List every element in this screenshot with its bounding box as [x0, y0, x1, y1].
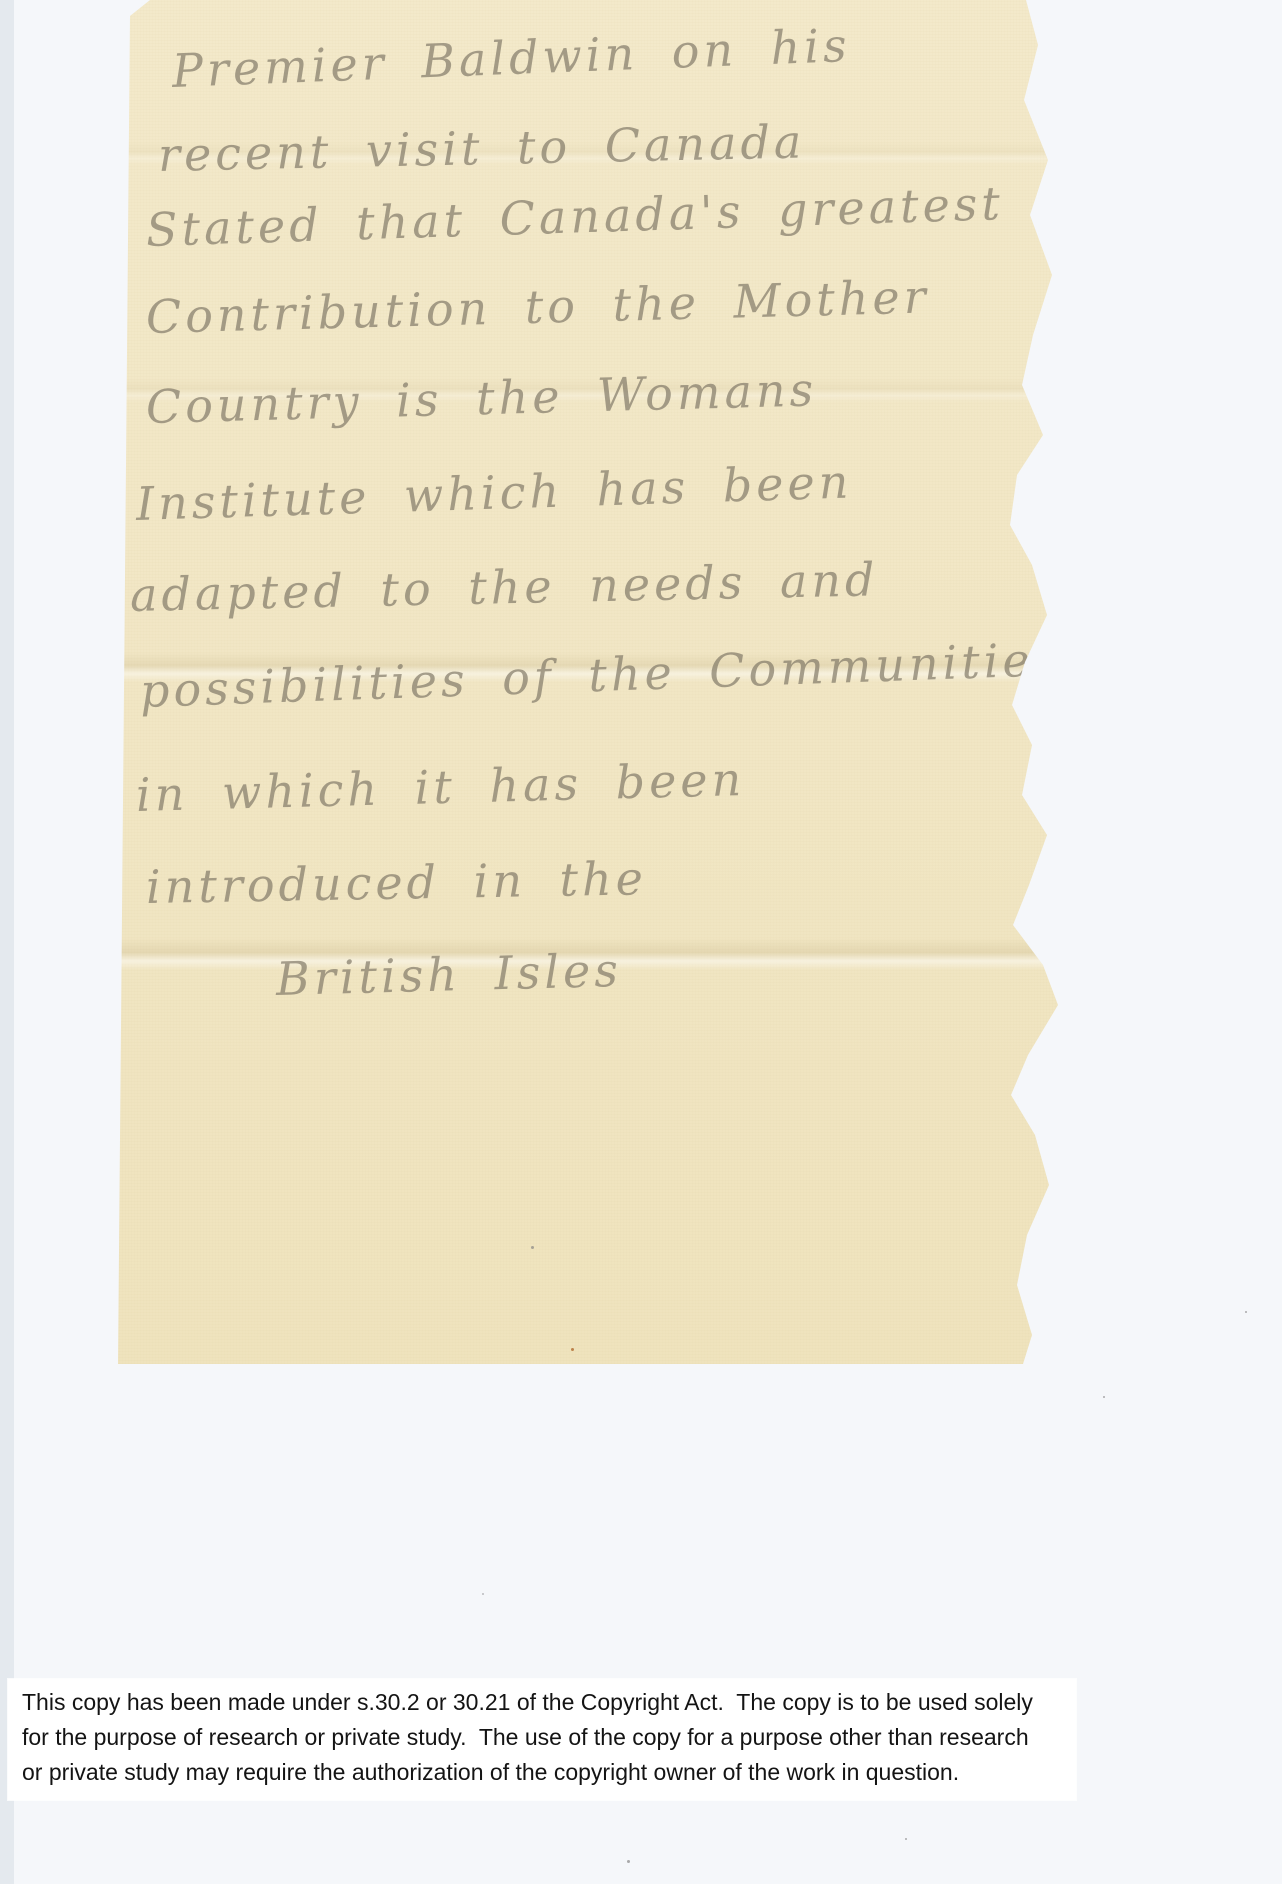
- dust-speck: [482, 1593, 484, 1595]
- handwritten-line-2: recent visit to Canada: [157, 114, 805, 182]
- dust-speck: [905, 1838, 907, 1840]
- handwritten-line-7: adapted to the needs and: [129, 552, 878, 622]
- fold-crease: [116, 378, 1073, 402]
- handwritten-line-1: Premier Baldwin on his: [171, 18, 852, 98]
- fold-crease: [116, 141, 1073, 165]
- copyright-notice-line-2: for the purpose of research or private s…: [22, 1720, 1062, 1755]
- dust-speck: [531, 1246, 534, 1249]
- scanned-document: Premier Baldwin on his recent visit to C…: [0, 0, 1282, 1884]
- handwritten-line-5: Country is the Womans: [145, 362, 817, 434]
- red-speck: [571, 1348, 574, 1351]
- dust-speck: [1103, 1396, 1105, 1398]
- fold-crease: [116, 938, 1073, 970]
- scanner-edge-strip: [0, 0, 14, 1884]
- dust-speck: [627, 1860, 630, 1863]
- handwritten-line-3: Stated that Canada's greatest: [145, 176, 1004, 257]
- handwritten-line-9: in which it has been: [135, 752, 746, 822]
- handwritten-line-8: possibilities of the Communities: [139, 632, 1062, 718]
- copyright-notice-line-3: or private study may require the authori…: [22, 1755, 1062, 1790]
- handwritten-line-6: Institute which has been: [135, 455, 853, 531]
- handwritten-line-4: Contribution to the Mother: [145, 269, 930, 343]
- copyright-notice-line-1: This copy has been made under s.30.2 or …: [22, 1685, 1062, 1720]
- fold-crease: [116, 652, 1073, 682]
- handwritten-line-11: British Isles: [275, 943, 622, 1006]
- paper-sheet: Premier Baldwin on his recent visit to C…: [116, 0, 1073, 1364]
- handwritten-line-10: introduced in the: [146, 851, 648, 914]
- dust-speck: [1245, 1311, 1247, 1313]
- copyright-notice: This copy has been made under s.30.2 or …: [8, 1679, 1076, 1800]
